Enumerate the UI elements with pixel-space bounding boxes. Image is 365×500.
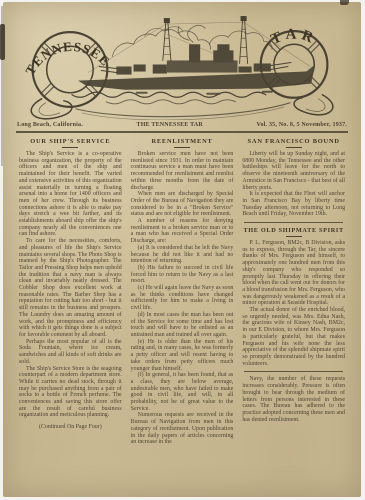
dateline-volume-date: Vol. 35, No. 8, 5 November, 1937.: [257, 122, 348, 128]
paragraph: Liberty will be up Sunday night, and at …: [242, 151, 345, 191]
article-heading: REENLISTMENT: [131, 138, 234, 145]
paragraph: A number of reasons for denying reenlist…: [131, 218, 234, 245]
newspaper-front-page: TENNESSEE TAR Long Beach, California. TH…: [3, 2, 361, 497]
paragraph: When men are discharged by Special Order…: [131, 191, 234, 218]
svg-text:TENNESSEE: TENNESSEE: [22, 39, 113, 78]
ring-text-tennessee: TENNESSEE: [22, 39, 113, 78]
heading-rule: [174, 147, 190, 148]
scan-edge-mark: [0, 24, 5, 60]
paragraph: Perhaps the most popular of all is the S…: [19, 339, 122, 366]
masthead-rule: [16, 131, 348, 133]
heading-rule: [286, 147, 302, 148]
column-san-francisco: SAN FRANCISCO BOUND Liberty will be up S…: [242, 138, 345, 446]
paragraph: (b) His failure to succeed in civil life…: [131, 265, 234, 285]
continuation-note: (Continued On Page Four): [19, 424, 122, 431]
paragraph: (c) He will again leave the Navy as soon…: [131, 285, 234, 312]
masthead: TENNESSEE TAR: [3, 2, 361, 120]
article-columns: OUR SHIP'S SERVICE The Ship's Service is…: [19, 138, 345, 446]
article-divider-rule: [244, 222, 343, 223]
article-subheading: THE OLD SHIPMATE SPIRIT: [242, 227, 345, 234]
paragraph: P. L. Ferguson, BM2c, B Division, asks u…: [242, 240, 345, 307]
paragraph: Navy, the number of these requests incre…: [242, 376, 345, 423]
paragraph: The Ship's Service is a co-operative bus…: [19, 151, 122, 238]
paragraph: (f) In general, it has been found, that …: [131, 372, 234, 412]
scanned-newspaper: TENNESSEE TAR Long Beach, California. TH…: [0, 0, 365, 500]
paragraph: The Ship's Service Store is the seagoing…: [19, 366, 122, 420]
dateline: Long Beach, California. THE TENNESSEE TA…: [17, 122, 347, 128]
article-heading: SAN FRANCISCO BOUND: [242, 138, 345, 145]
paragraph: (e) He is older than the men of his rati…: [131, 339, 234, 373]
battleship-masthead-illustration: TENNESSEE TAR: [15, 14, 349, 120]
heading-rule: [62, 147, 78, 148]
paragraph: (a) It is considered that he left the Na…: [131, 245, 234, 265]
paragraph: The actual donor of the enriched blood, …: [242, 307, 345, 367]
heading-rule: [286, 236, 302, 237]
column-reenlistment: REENLISTMENT Broken service men have not…: [131, 138, 234, 446]
paragraph: Numerous requests are received in the Bu…: [131, 412, 234, 446]
cloud-sketch: [145, 27, 183, 37]
dateline-paper-title: THE TENNESSEE TAR: [137, 122, 203, 128]
paragraph: (d) In most cases the man has been out o…: [131, 312, 234, 339]
paragraph: It is expected that the Fleet will ancho…: [242, 191, 345, 218]
article-divider-rule: [244, 371, 343, 372]
article-heading: OUR SHIP'S SERVICE: [19, 138, 122, 145]
paragraph: Broken service men have not been reenlis…: [131, 151, 234, 191]
dateline-place: Long Beach, California.: [17, 122, 83, 128]
scan-corner-nick: [340, 0, 349, 5]
column-ships-service: OUR SHIP'S SERVICE The Ship's Service is…: [19, 138, 122, 446]
paragraph: To care for the necessities, comforts, a…: [19, 238, 122, 339]
waves: [72, 92, 272, 104]
